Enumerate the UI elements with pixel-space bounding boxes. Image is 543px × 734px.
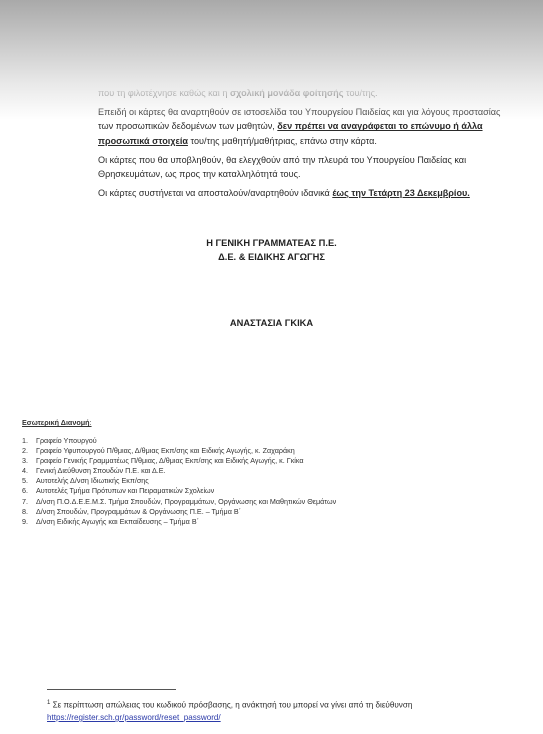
paragraph-review: Οι κάρτες που θα υποβληθούν, θα ελεγχθού… — [98, 153, 518, 182]
bullet-dash: - — [48, 43, 51, 57]
distribution-item: 2.Γραφείο Υφυπουργού Π/θμιας, Δ/θμιας Εκ… — [22, 446, 336, 456]
signatory-name: ΑΝΑΣΤΑΣΙΑ ΓΚΙΚΑ — [0, 316, 543, 330]
distribution-item: 8.Δ/νση Σπουδών, Προγραμμάτων & Οργάνωση… — [22, 507, 336, 517]
bullet-dash: - — [48, 8, 51, 22]
distribution-item: 9.Δ/νση Ειδικής Αγωγής και Εκπαίδευσης –… — [22, 517, 336, 527]
signatory-title-line2: Δ.Ε. & ΕΙΔΙΚΗΣ ΑΓΩΓΗΣ — [0, 250, 543, 264]
distribution-item: 6.Αυτοτελές Τμήμα Πρότυπων και Πειραματι… — [22, 486, 336, 496]
distribution-item: 4.Γενική Διεύθυνση Σπουδών Π.Ε. και Δ.Ε. — [22, 466, 336, 476]
footnote-separator — [47, 689, 176, 690]
distribution-item: 7.Δ/νση Π.Ο.Δ.Ε.Ε.Μ.Σ. Τμήμα Σπουδών, Πρ… — [22, 497, 336, 507]
paragraph-privacy: Επειδή οι κάρτες θα αναρτηθούν σε ιστοσε… — [98, 105, 518, 148]
document-page: - Οι γονείς/κηδεμόνες με τα συνθηματικά … — [0, 0, 543, 734]
paragraph-deadline: Οι κάρτες συστήνεται να αποσταλούν/αναρτ… — [98, 186, 518, 200]
distribution-heading: Εσωτερική Διανομή: — [22, 418, 92, 427]
footnote: 1 Σε περίπτωση απώλειας του κωδικού πρόσ… — [47, 697, 517, 725]
distribution-list: 1.Γραφείο Υπουργού 2.Γραφείο Υφυπουργού … — [22, 436, 336, 527]
instruction-item: - Με την επιτυχή υποβολή λαμβάνουν το μή… — [62, 43, 512, 72]
distribution-item: 5.Αυτοτελής Δ/νση Ιδιωτικής Εκπ/σης — [22, 476, 336, 486]
distribution-item: 1.Γραφείο Υπουργού — [22, 436, 336, 446]
password-reset-link[interactable]: https://register.sch.gr/password/reset_p… — [47, 713, 221, 722]
gallery-link[interactable]: https://gallery.sch.gr — [176, 26, 257, 36]
signatory-title-line1: Η ΓΕΝΙΚΗ ΓΡΑΜΜΑΤΕΑΣ Π.Ε. — [0, 236, 543, 250]
paragraph-first-name-only: Επισημαίνεται ότι σε κάθε κάρτα πρέπει ν… — [98, 72, 518, 101]
instructions-list: - Οι γονείς/κηδεμόνες με τα συνθηματικά … — [62, 8, 512, 76]
distribution-item: 3.Γραφείο Γενικής Γραμματέως Π/θμιας, Δ/… — [22, 456, 336, 466]
instruction-item: - Οι γονείς/κηδεμόνες με τα συνθηματικά … — [62, 8, 512, 39]
